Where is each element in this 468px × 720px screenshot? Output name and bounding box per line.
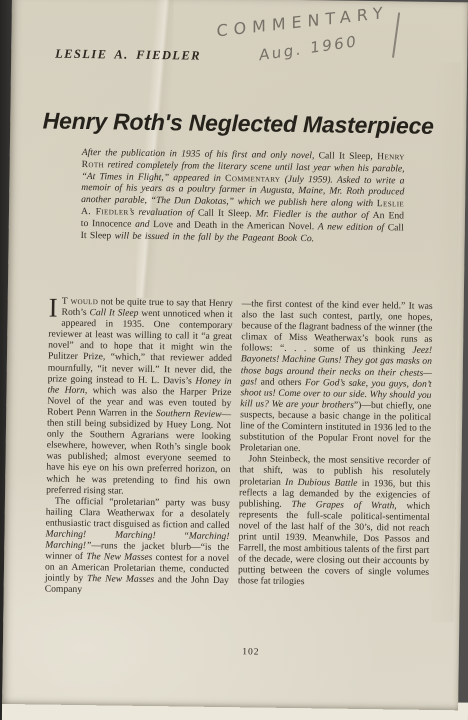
body-column-right: —the first contest of the kind ever held…	[238, 298, 433, 600]
scanned-page-screenshot: LESLIE A. FIEDLER COMMENTARY Aug. 1960 H…	[0, 0, 468, 720]
paragraph-2: The official “proletarian” party was bus…	[45, 495, 230, 597]
pencil-stroke	[392, 12, 400, 58]
paragraph-3: —the first contest of the kind ever held…	[240, 298, 433, 456]
paragraph-1: IT would not be quite true to say that H…	[46, 296, 233, 498]
article-body: IT would not be quite true to say that H…	[45, 296, 433, 601]
dropcap-initial: I	[49, 296, 62, 319]
handwritten-annotation: COMMENTARY Aug. 1960	[216, 3, 393, 66]
paragraph-4: John Steinbeck, the most sensitive recor…	[238, 454, 431, 590]
magazine-page: LESLIE A. FIEDLER COMMENTARY Aug. 1960 H…	[2, 0, 468, 710]
body-column-left: IT would not be quite true to say that H…	[45, 296, 233, 598]
editorial-intro-paragraph: After the publication in 1935 of his fir…	[81, 147, 405, 246]
article-title: Henry Roth's Neglected Masterpiece	[10, 107, 466, 140]
page-number: 102	[3, 644, 468, 661]
author-byline: LESLIE A. FIEDLER	[55, 47, 201, 64]
